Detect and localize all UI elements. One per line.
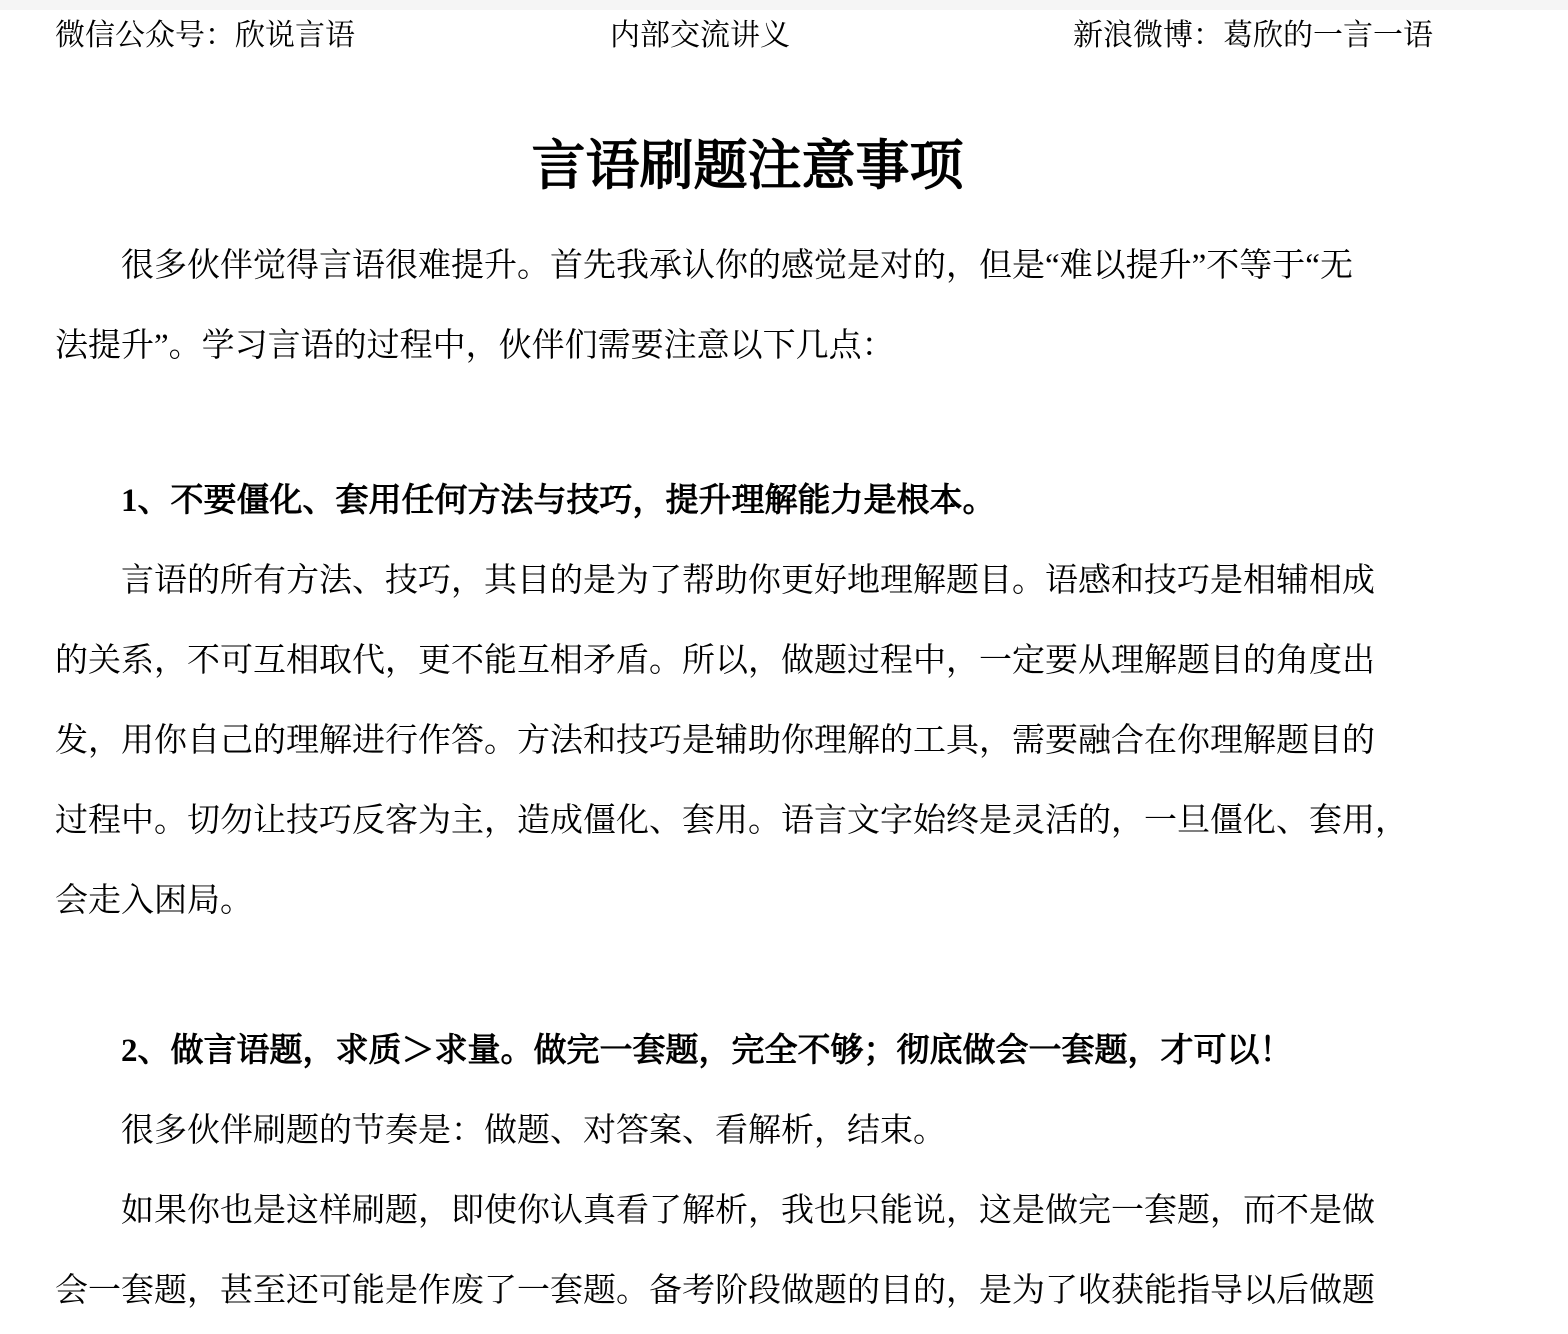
text-line: 如果你也是这样刷题，即使你认真看了解析，我也只能说，这是做完一套题，而不是做 — [55, 1171, 1450, 1251]
text-line: 很多伙伴觉得言语很难提升。首先我承认你的感觉是对的，但是“难以提升”不等于“无 — [55, 226, 1450, 306]
intro-paragraph: 很多伙伴觉得言语很难提升。首先我承认你的感觉是对的，但是“难以提升”不等于“无 … — [55, 226, 1450, 386]
header-weibo-account: 新浪微博：葛欣的一言一语 — [1073, 16, 1433, 56]
text-line: 言语的所有方法、技巧，其目的是为了帮助你更好地理解题目。语感和技巧是相辅相成 — [55, 541, 1450, 621]
page-title: 言语刷题注意事项 — [55, 128, 1440, 204]
text-line: 会一套题，甚至还可能是作废了一套题。备考阶段做题的目的，是为了收获能指导以后做题 — [55, 1251, 1450, 1331]
text-line: 法提升”。学习言语的过程中，伙伴们需要注意以下几点： — [55, 306, 1450, 386]
section2-heading: 2、做言语题，求质＞求量。做完一套题，完全不够；彻底做会一套题，才可以！ — [55, 1011, 1450, 1091]
page-top-edge — [0, 0, 1568, 10]
header-wechat-account: 微信公众号：欣说言语 — [55, 16, 355, 56]
text-line: 很多伙伴刷题的节奏是：做题、对答案、看解析，结束。 — [55, 1091, 1450, 1171]
section-2: 2、做言语题，求质＞求量。做完一套题，完全不够；彻底做会一套题，才可以！ 很多伙… — [55, 1011, 1450, 1331]
section1-heading: 1、不要僵化、套用任何方法与技巧，提升理解能力是根本。 — [55, 461, 1450, 541]
section-1: 1、不要僵化、套用任何方法与技巧，提升理解能力是根本。 言语的所有方法、技巧，其… — [55, 461, 1450, 941]
text-line: 发，用你自己的理解进行作答。方法和技巧是辅助你理解的工具，需要融合在你理解题目的 — [55, 701, 1450, 781]
text-line: 的关系，不可互相取代，更不能互相矛盾。所以，做题过程中，一定要从理解题目的角度出 — [55, 621, 1450, 701]
document-page: 微信公众号：欣说言语 内部交流讲义 新浪微博：葛欣的一言一语 言语刷题注意事项 … — [0, 0, 1568, 1334]
header-doc-type: 内部交流讲义 — [610, 16, 790, 56]
text-line: 过程中。切勿让技巧反客为主，造成僵化、套用。语言文字始终是灵活的，一旦僵化、套用… — [55, 781, 1450, 861]
text-line: 会走入困局。 — [55, 861, 1450, 941]
